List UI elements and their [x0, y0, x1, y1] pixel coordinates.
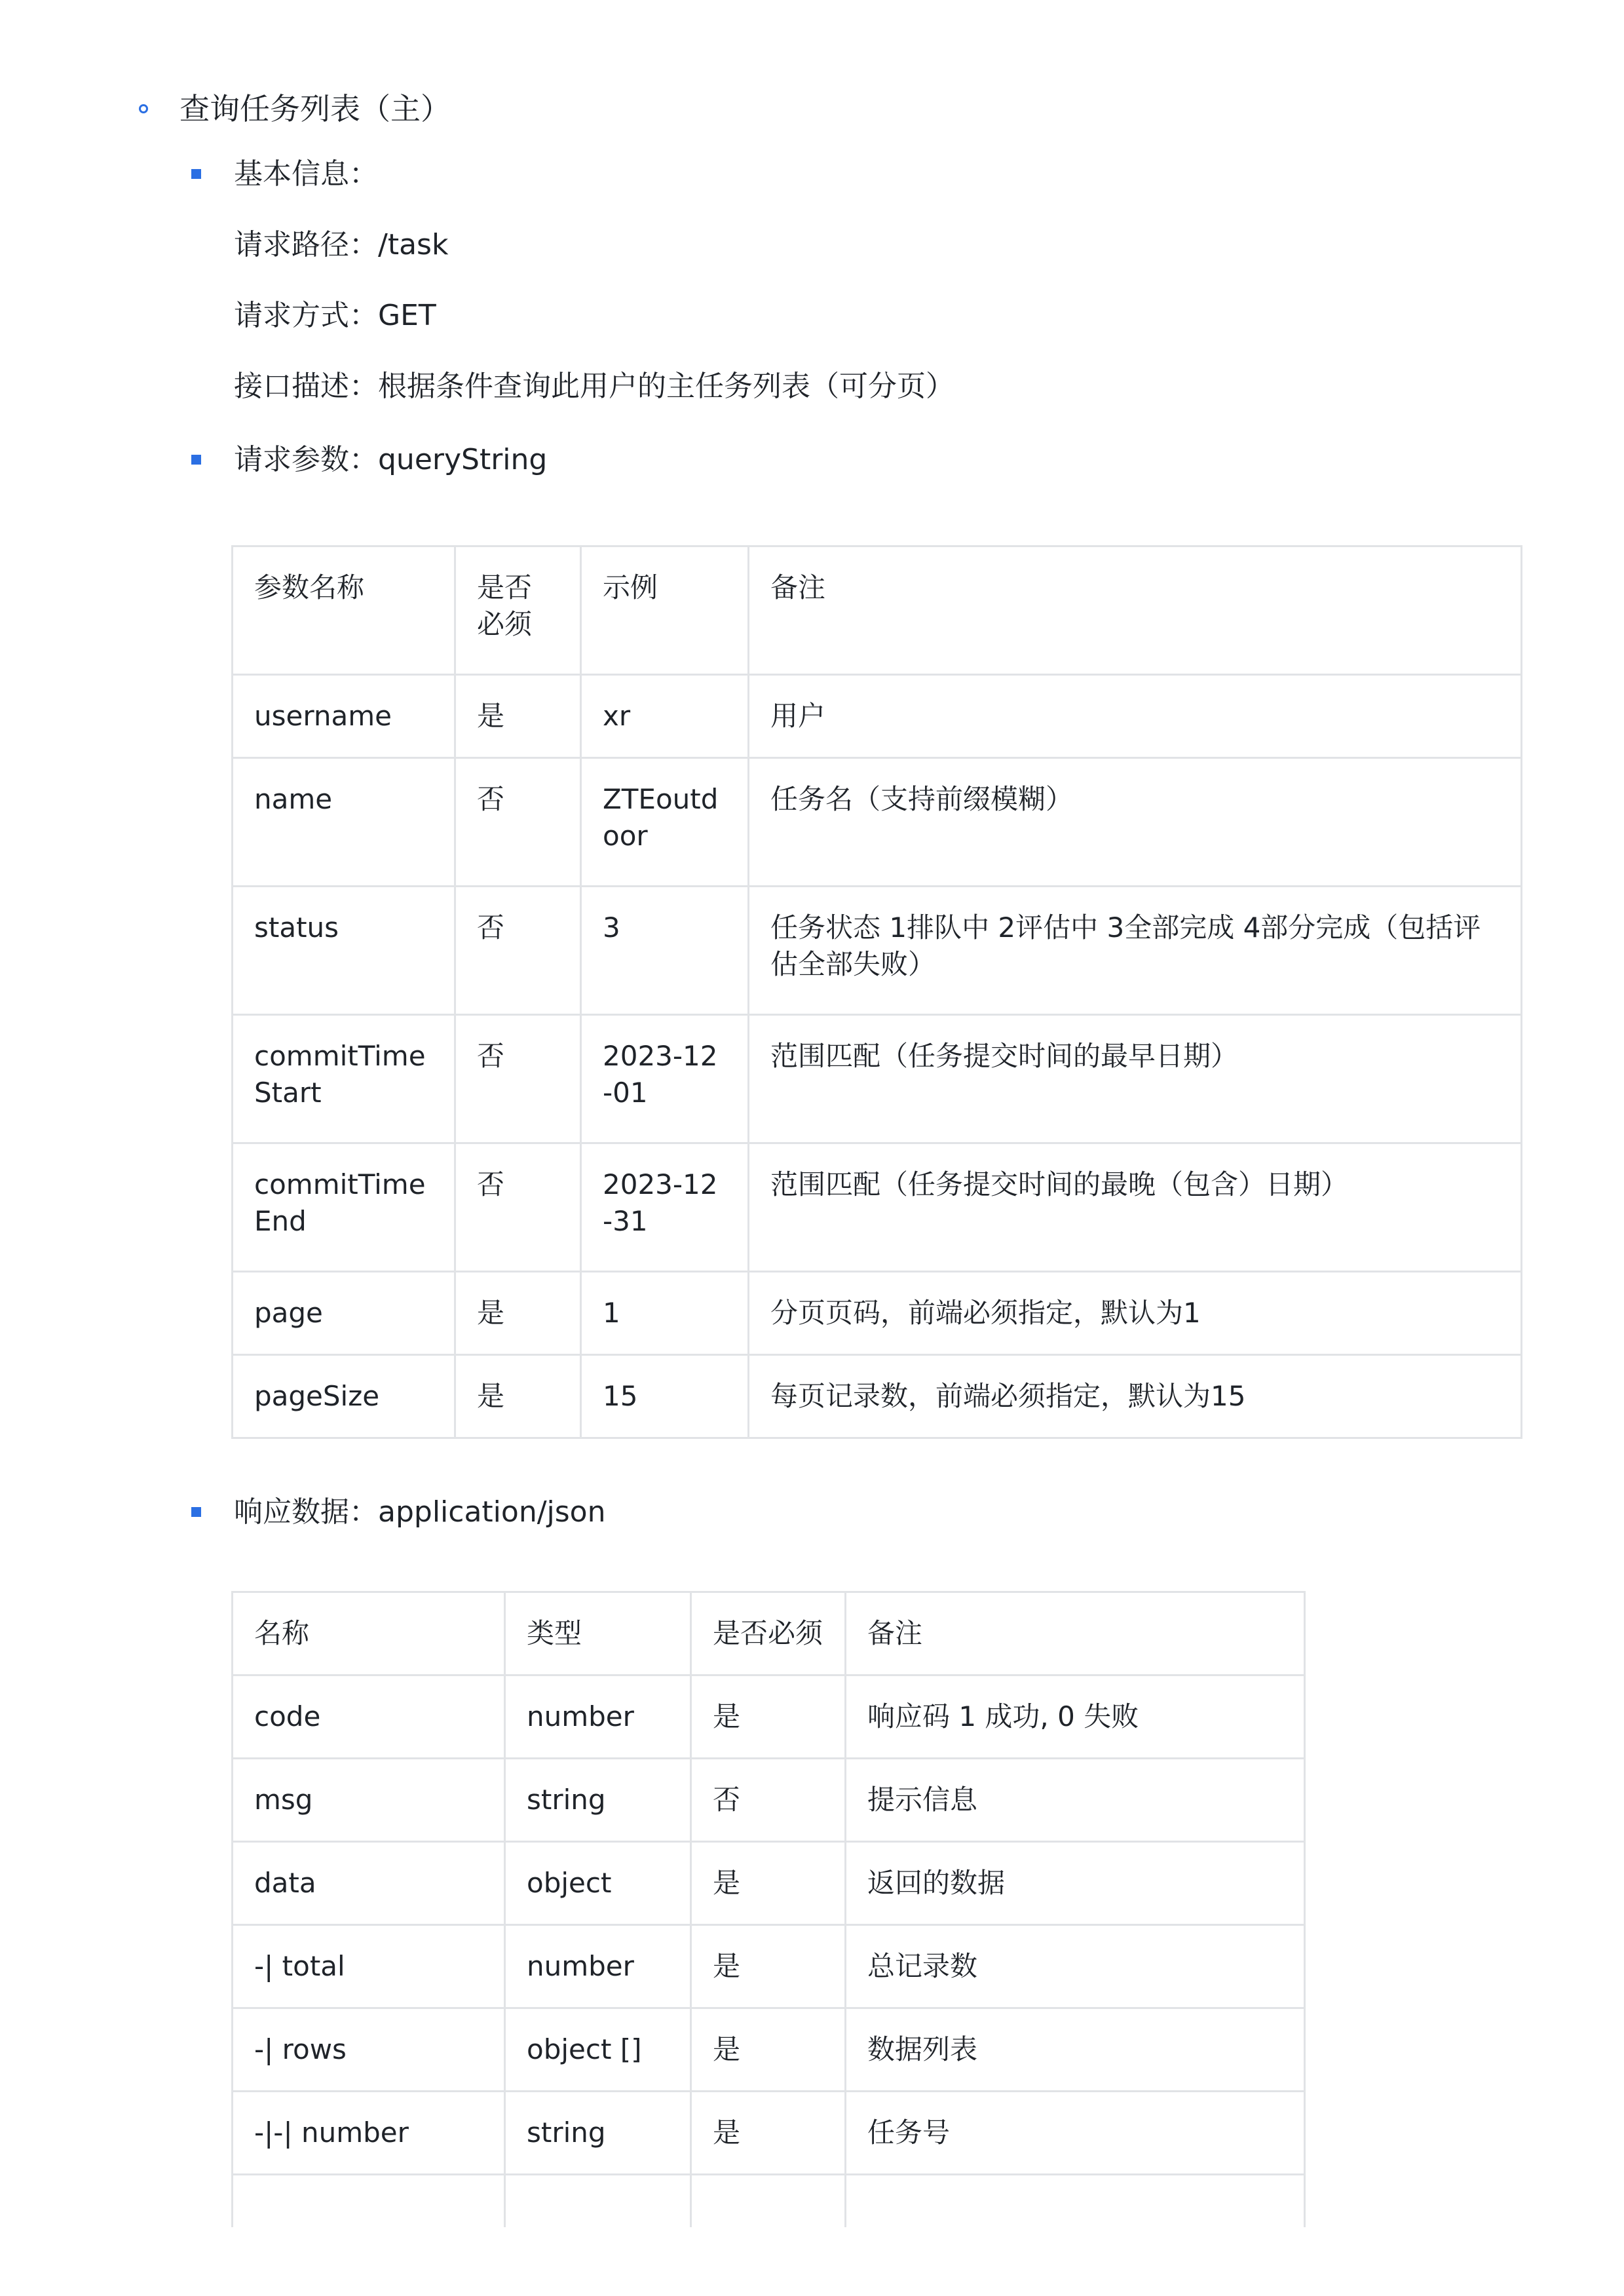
cell-type: string	[505, 2092, 691, 2175]
cell-type: number	[505, 1925, 691, 2008]
column-header: 类型	[505, 1592, 691, 1675]
cell-remark: 提示信息	[846, 1759, 1305, 1842]
cell-remark: 任务状态 1排队中 2评估中 3全部完成 4部分完成（包括评估全部失败）	[749, 887, 1522, 1015]
cell-required: 是	[455, 1355, 581, 1438]
cell-field-name: msg	[233, 1759, 505, 1842]
cell-param-name: commitTimeStart	[233, 1015, 455, 1143]
cell-example: 3	[581, 887, 749, 1015]
cell-remark: 每页记录数，前端必须指定，默认为15	[749, 1355, 1522, 1438]
table-row: page 是 1 分页页码，前端必须指定，默认为1	[233, 1272, 1522, 1355]
basic-info-heading: 基本信息：	[234, 157, 378, 191]
request-params-heading-row: 请求参数：queryString	[234, 442, 1624, 478]
request-params-table: 参数名称 是否必须 示例 备注 username 是 xr 用户 name 否 …	[231, 545, 1522, 1439]
request-params-heading: 请求参数：queryString	[234, 443, 547, 476]
cell-required: 否	[455, 758, 581, 887]
square-bullet-icon	[191, 169, 201, 179]
cell-type	[505, 2175, 691, 2227]
cell-required: 否	[691, 1759, 846, 1842]
cell-param-name: username	[233, 675, 455, 758]
cell-param-name: name	[233, 758, 455, 887]
section-title-row: 查询任务列表（主）	[179, 90, 1624, 127]
column-header: 示例	[581, 546, 749, 675]
cell-type: string	[505, 1759, 691, 1842]
cell-field-name: -|-| number	[233, 2092, 505, 2175]
column-header: 备注	[846, 1592, 1305, 1675]
table-row: code number 是 响应码 1 成功, 0 失败	[233, 1675, 1305, 1759]
cell-required: 是	[691, 2008, 846, 2092]
cell-field-name: -| rows	[233, 2008, 505, 2092]
cell-field-name	[233, 2175, 505, 2227]
table-row: -|-| number string 是 任务号	[233, 2092, 1305, 2175]
cell-type: object []	[505, 2008, 691, 2092]
request-method-line: 请求方式：GET	[234, 297, 1624, 334]
cell-field-name: data	[233, 1842, 505, 1925]
response-data-heading: 响应数据：application/json	[234, 1495, 606, 1529]
cell-param-name: commitTimeEnd	[233, 1143, 455, 1272]
cell-example: xr	[581, 675, 749, 758]
response-data-heading-row: 响应数据：application/json	[234, 1494, 1624, 1531]
table-row: commitTimeEnd 否 2023-12-31 范围匹配（任务提交时间的最…	[233, 1143, 1522, 1272]
table-row: -| total number 是 总记录数	[233, 1925, 1305, 2008]
cell-remark: 任务名（支持前缀模糊）	[749, 758, 1522, 887]
cell-type: number	[505, 1675, 691, 1759]
cell-example: ZTEoutdoor	[581, 758, 749, 887]
cell-field-name: -| total	[233, 1925, 505, 2008]
cell-example: 1	[581, 1272, 749, 1355]
cell-param-name: page	[233, 1272, 455, 1355]
cell-example: 2023-12-01	[581, 1015, 749, 1143]
table-row: name 否 ZTEoutdoor 任务名（支持前缀模糊）	[233, 758, 1522, 887]
cell-example: 2023-12-31	[581, 1143, 749, 1272]
table-header-row: 参数名称 是否必须 示例 备注	[233, 546, 1522, 675]
column-header: 是否必须	[455, 546, 581, 675]
cell-required	[691, 2175, 846, 2227]
cell-required: 否	[455, 1015, 581, 1143]
table-row: commitTimeStart 否 2023-12-01 范围匹配（任务提交时间…	[233, 1015, 1522, 1143]
cell-field-name: code	[233, 1675, 505, 1759]
table-row: -| rows object [] 是 数据列表	[233, 2008, 1305, 2092]
column-header: 名称	[233, 1592, 505, 1675]
table-row-truncated	[233, 2175, 1305, 2227]
cell-required: 是	[455, 1272, 581, 1355]
cell-required: 否	[455, 1143, 581, 1272]
table-row: status 否 3 任务状态 1排队中 2评估中 3全部完成 4部分完成（包括…	[233, 887, 1522, 1015]
cell-remark: 范围匹配（任务提交时间的最晚（包含）日期）	[749, 1143, 1522, 1272]
cell-required: 是	[691, 1842, 846, 1925]
square-bullet-icon	[191, 455, 201, 465]
description-line: 接口描述：根据条件查询此用户的主任务列表（可分页）	[234, 368, 1624, 405]
cell-required: 是	[455, 675, 581, 758]
column-header: 是否必须	[691, 1592, 846, 1675]
table-row: msg string 否 提示信息	[233, 1759, 1305, 1842]
cell-required: 是	[691, 1925, 846, 2008]
cell-remark: 返回的数据	[846, 1842, 1305, 1925]
cell-type: object	[505, 1842, 691, 1925]
cell-required: 是	[691, 2092, 846, 2175]
cell-required: 是	[691, 1675, 846, 1759]
circle-bullet-icon	[139, 104, 148, 113]
cell-remark: 范围匹配（任务提交时间的最早日期）	[749, 1015, 1522, 1143]
column-header: 参数名称	[233, 546, 455, 675]
cell-param-name: status	[233, 887, 455, 1015]
cell-remark: 任务号	[846, 2092, 1305, 2175]
document-page: { "document": { "title": "查询任务列表（主）", "b…	[0, 0, 1624, 2296]
section-title: 查询任务列表（主）	[179, 91, 451, 126]
square-bullet-icon	[191, 1507, 201, 1517]
cell-remark: 响应码 1 成功, 0 失败	[846, 1675, 1305, 1759]
cell-remark: 数据列表	[846, 2008, 1305, 2092]
cell-remark: 用户	[749, 675, 1522, 758]
table-header-row: 名称 类型 是否必须 备注	[233, 1592, 1305, 1675]
cell-required: 否	[455, 887, 581, 1015]
cell-param-name: pageSize	[233, 1355, 455, 1438]
request-path-line: 请求路径：/task	[234, 227, 1624, 263]
column-header: 备注	[749, 546, 1522, 675]
table-row: pageSize 是 15 每页记录数，前端必须指定，默认为15	[233, 1355, 1522, 1438]
response-data-table: 名称 类型 是否必须 备注 code number 是 响应码 1 成功, 0 …	[231, 1591, 1306, 2227]
cell-example: 15	[581, 1355, 749, 1438]
cell-remark: 分页页码，前端必须指定，默认为1	[749, 1272, 1522, 1355]
table-row: data object 是 返回的数据	[233, 1842, 1305, 1925]
basic-info-heading-row: 基本信息：	[234, 156, 1624, 193]
cell-remark	[846, 2175, 1305, 2227]
table-row: username 是 xr 用户	[233, 675, 1522, 758]
cell-remark: 总记录数	[846, 1925, 1305, 2008]
